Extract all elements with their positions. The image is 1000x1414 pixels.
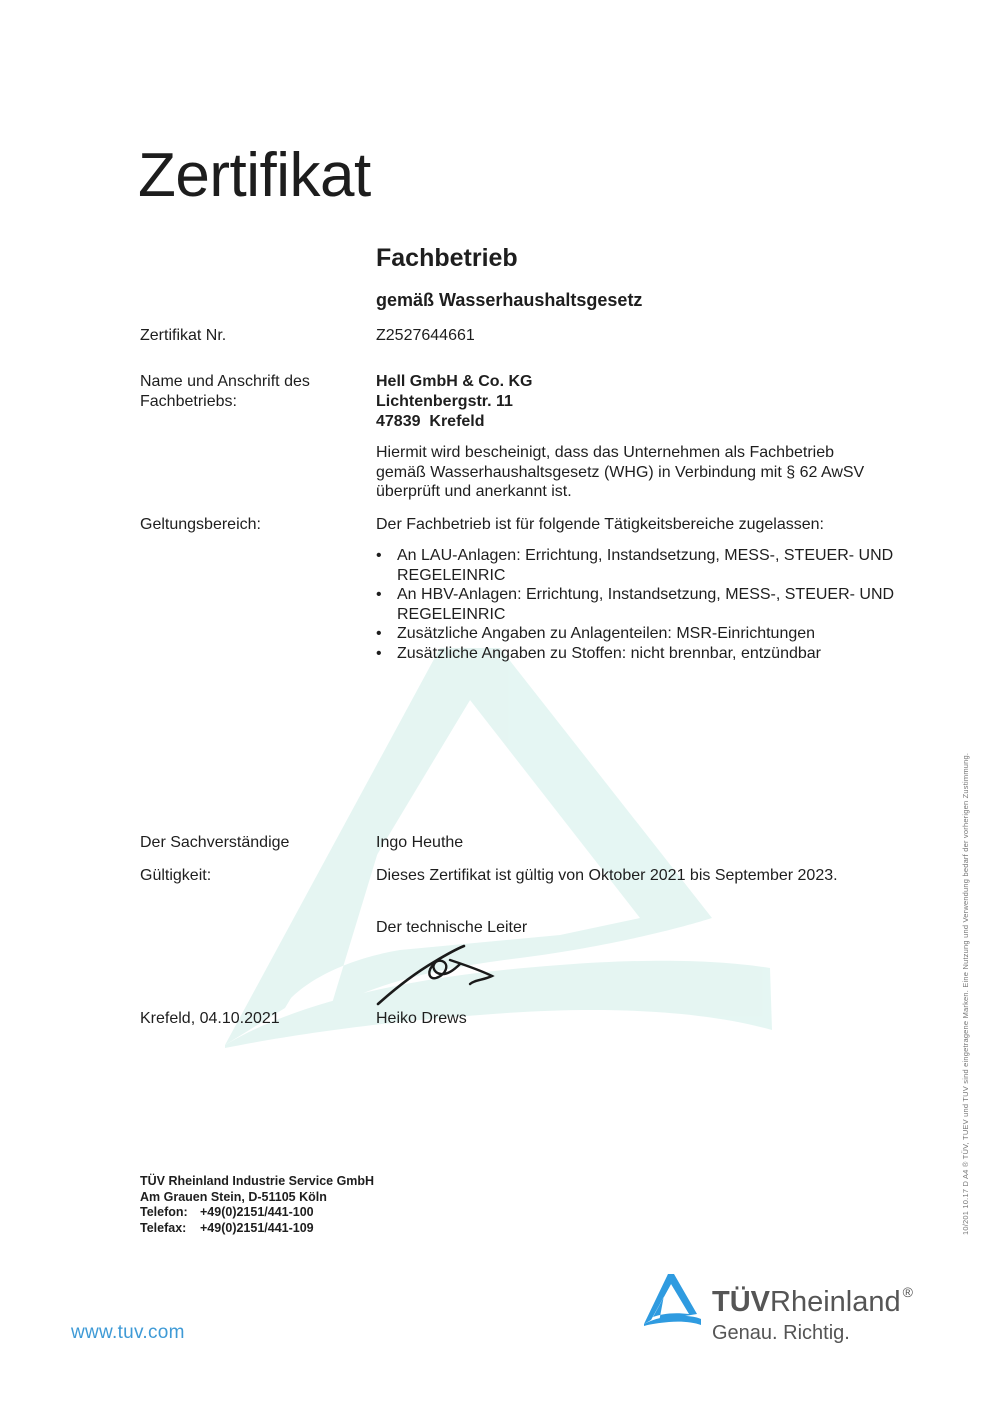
fax-label: Telefax:	[140, 1221, 200, 1237]
company-label: Name und Anschrift des Fachbetriebs:	[140, 372, 310, 412]
trademark-notice: 10/201 10.17 D A4 ® TÜV, TUEV und TUV si…	[961, 753, 970, 1235]
technical-head-label: Der technische Leiter	[376, 918, 527, 938]
issuer-address-block: TÜV Rheinland Industrie Service GmbH Am …	[140, 1174, 374, 1236]
scope-item: An LAU-Anlagen: Errichtung, Instandsetzu…	[376, 546, 896, 585]
scope-list: An LAU-Anlagen: Errichtung, Instandsetzu…	[376, 546, 896, 663]
certification-statement: Hiermit wird bescheinigt, dass das Unter…	[376, 443, 876, 502]
certificate-type-subheading: gemäß Wasserhaushaltsgesetz	[376, 290, 642, 311]
expert-label: Der Sachverständige	[140, 833, 289, 853]
document-title: Zertifikat	[138, 140, 371, 211]
issuer-phone-row: Telefon:+49(0)2151/441-100	[140, 1205, 374, 1221]
place-date: Krefeld, 04.10.2021	[140, 1009, 280, 1029]
technical-head-name: Heiko Drews	[376, 1009, 467, 1029]
company-street: Lichtenbergstr. 11	[376, 392, 532, 412]
scope-item: Zusätzliche Angaben zu Stoffen: nicht br…	[376, 644, 896, 664]
validity-text: Dieses Zertifikat ist gültig von Oktober…	[376, 866, 838, 886]
scope-item: Zusätzliche Angaben zu Anlagenteilen: MS…	[376, 624, 896, 644]
company-name: Hell GmbH & Co. KG	[376, 372, 532, 392]
issuer-address: Am Grauen Stein, D-51105 Köln	[140, 1190, 374, 1206]
tuv-triangle-icon	[641, 1272, 703, 1328]
validity-label: Gültigkeit:	[140, 866, 211, 886]
scope-intro: Der Fachbetrieb ist für folgende Tätigke…	[376, 515, 824, 535]
signature-icon	[372, 942, 502, 1008]
issuer-fax-row: Telefax:+49(0)2151/441-109	[140, 1221, 374, 1237]
expert-name: Ingo Heuthe	[376, 833, 463, 853]
issuer-name: TÜV Rheinland Industrie Service GmbH	[140, 1174, 374, 1190]
phone-number: +49(0)2151/441-100	[200, 1205, 314, 1219]
scope-label: Geltungsbereich:	[140, 515, 261, 535]
certificate-number-value: Z2527644661	[376, 326, 475, 346]
website-link[interactable]: www.tuv.com	[71, 1322, 185, 1344]
fax-number: +49(0)2151/441-109	[200, 1221, 314, 1235]
brand-name: TÜVRheinland®	[712, 1286, 913, 1319]
company-city: 47839 Krefeld	[376, 412, 532, 432]
company-address: Hell GmbH & Co. KG Lichtenbergstr. 11 47…	[376, 372, 532, 432]
company-label-line2: Fachbetriebs:	[140, 392, 310, 412]
brand-slogan: Genau. Richtig.	[712, 1322, 850, 1345]
certificate-number-label: Zertifikat Nr.	[140, 326, 226, 346]
phone-label: Telefon:	[140, 1205, 200, 1221]
certificate-type-heading: Fachbetrieb	[376, 244, 518, 273]
company-label-line1: Name und Anschrift des	[140, 372, 310, 392]
scope-item: An HBV-Anlagen: Errichtung, Instandsetzu…	[376, 585, 896, 624]
